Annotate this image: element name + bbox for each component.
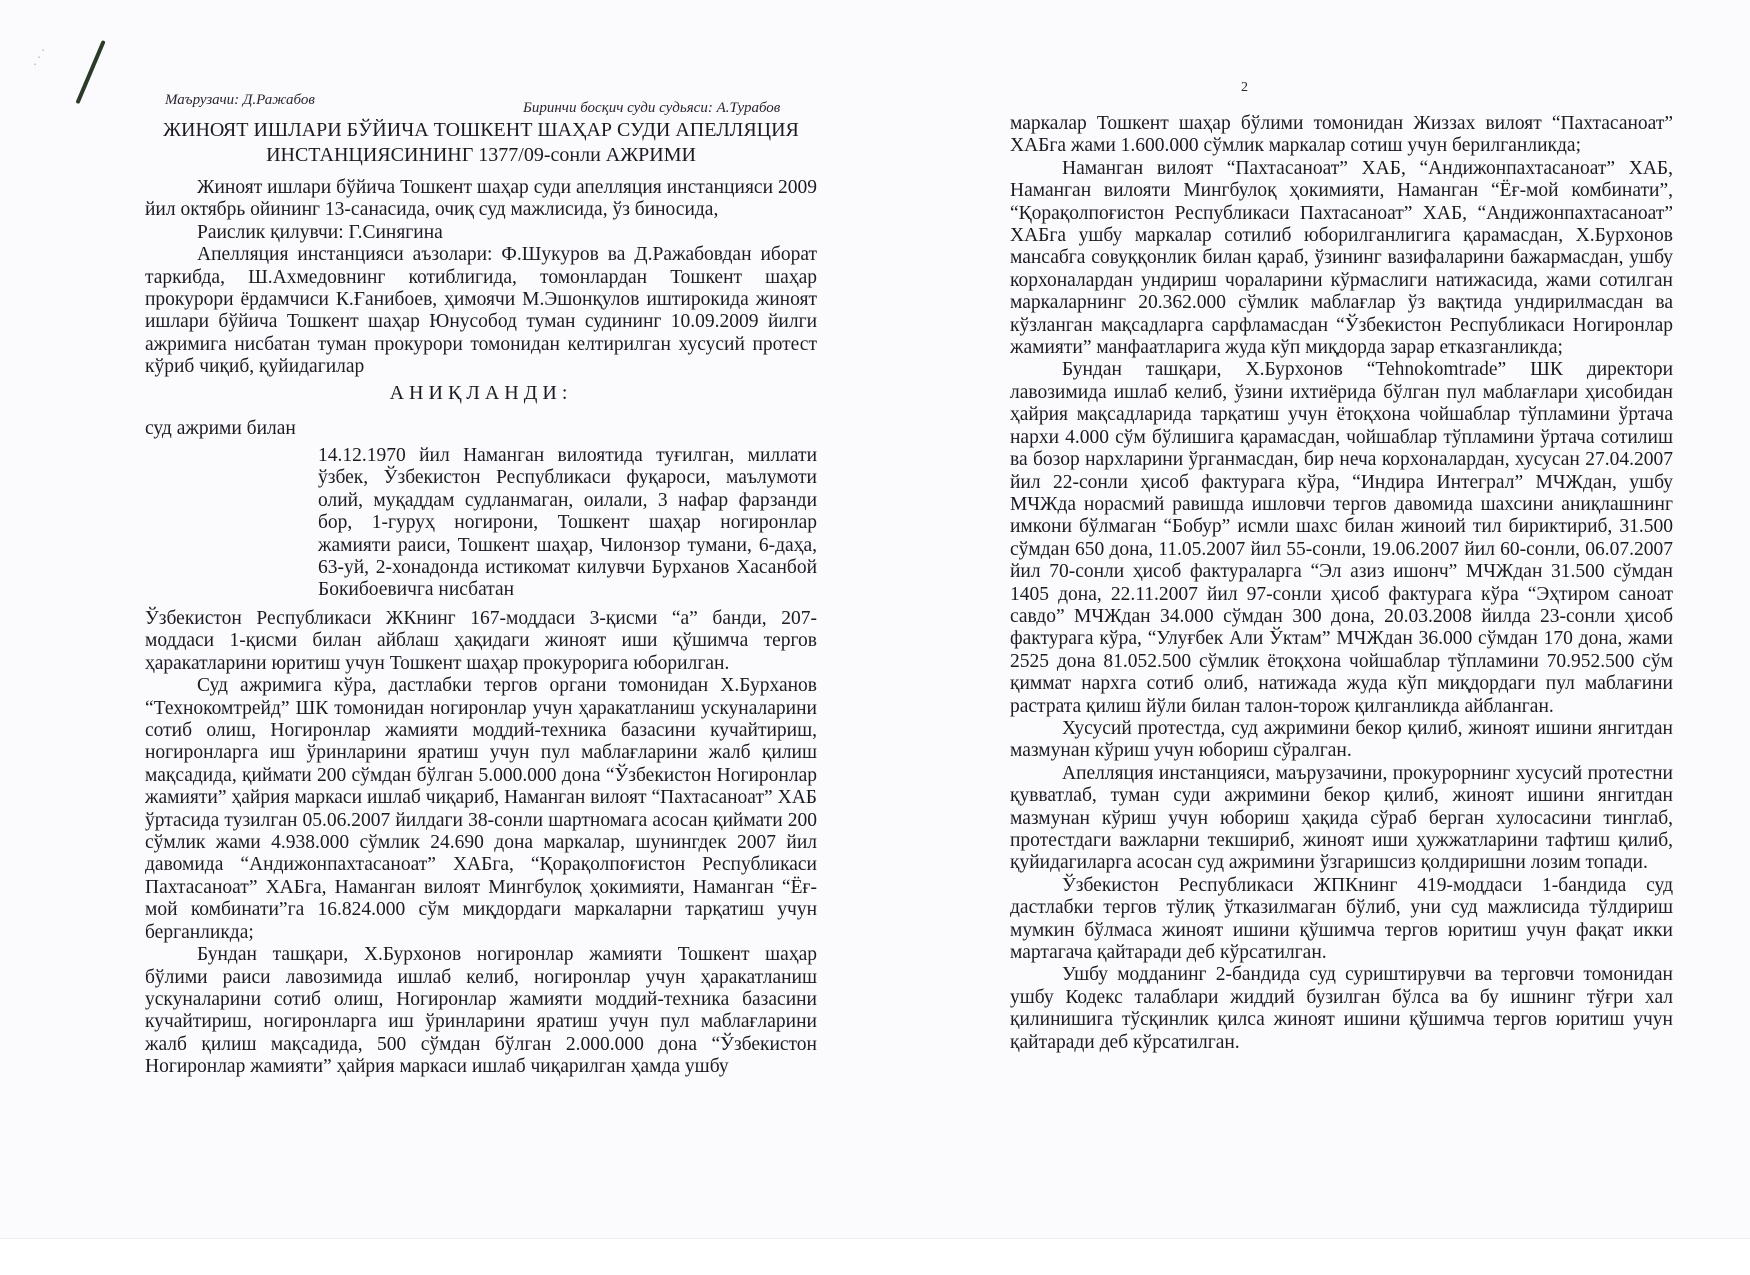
intro-paragraph: Жиноят ишлари бўйича Тошкент шаҳар суди … bbox=[145, 177, 817, 222]
appeal-conclusion-paragraph: Апелляция инстанцияси, маърузачини, прок… bbox=[1010, 763, 1673, 875]
document-title: ЖИНОЯТ ИШЛАРИ БЎЙИЧА ТОШКЕНТ ШАҲАР СУДИ … bbox=[145, 118, 817, 168]
pen-mark bbox=[75, 40, 105, 104]
charges-paragraph: Ўзбекистон Республикаси ЖКнинг 167-модда… bbox=[145, 608, 817, 675]
protest-paragraph: Хусусий протестда, суд ажримини бекор қи… bbox=[1010, 718, 1673, 763]
defendant-description: 14.12.1970 йил Наманган вилоятида туғилг… bbox=[318, 445, 817, 602]
first-instance-judge-line: Биринчи босқич суди судьяси: А.Турабов bbox=[523, 100, 780, 117]
scan-bottom-edge bbox=[0, 1238, 1750, 1275]
verdict-label: суд ажрими билан bbox=[145, 418, 296, 440]
title-line-2: ИНСТАНЦИЯСИНИНГ 1377/09-сонли АЖРИМИ bbox=[145, 143, 817, 168]
law-citation-paragraph: Ўзбекистон Республикаси ЖПКнинг 419-модд… bbox=[1010, 875, 1673, 965]
pencil-marks: · · · bbox=[28, 45, 52, 71]
title-line-1: ЖИНОЯТ ИШЛАРИ БЎЙИЧА ТОШКЕНТ ШАҲАР СУДИ … bbox=[145, 118, 817, 143]
left-body-section: Ўзбекистон Республикаси ЖКнинг 167-модда… bbox=[145, 608, 817, 1079]
body-paragraph: Суд ажримига кўра, дастлабки тергов орга… bbox=[145, 675, 817, 944]
established-heading: АНИҚЛАНДИ: bbox=[145, 382, 817, 404]
intro-section: Жиноят ишлари бўйича Тошкент шаҳар суди … bbox=[145, 177, 817, 406]
reporter-line: Маърузачи: Д.Ражабов bbox=[165, 92, 315, 109]
right-page-section: маркалар Тошкент шаҳар бўлими томонидан … bbox=[1010, 113, 1673, 1054]
page-number: 2 bbox=[1241, 80, 1248, 96]
presiding-judge: Раислик қилувчи: Г.Синягина bbox=[145, 222, 817, 244]
body-paragraph: Бундан ташқари, Х.Бурхонов ногиронлар жа… bbox=[145, 944, 817, 1078]
law-citation-paragraph: Ушбу модданинг 2-бандида суд суриштирувч… bbox=[1010, 964, 1673, 1054]
body-paragraph: маркалар Тошкент шаҳар бўлими томонидан … bbox=[1010, 113, 1673, 158]
body-paragraph: Бундан ташқари, Х.Бурхонов “Tehnokomtrad… bbox=[1010, 359, 1673, 718]
body-paragraph: Наманган вилоят “Пахтасаноат” ХАБ, “Анди… bbox=[1010, 158, 1673, 360]
panel-members-paragraph: Апелляция инстанцияси аъзолари: Ф.Шукуро… bbox=[145, 244, 817, 378]
